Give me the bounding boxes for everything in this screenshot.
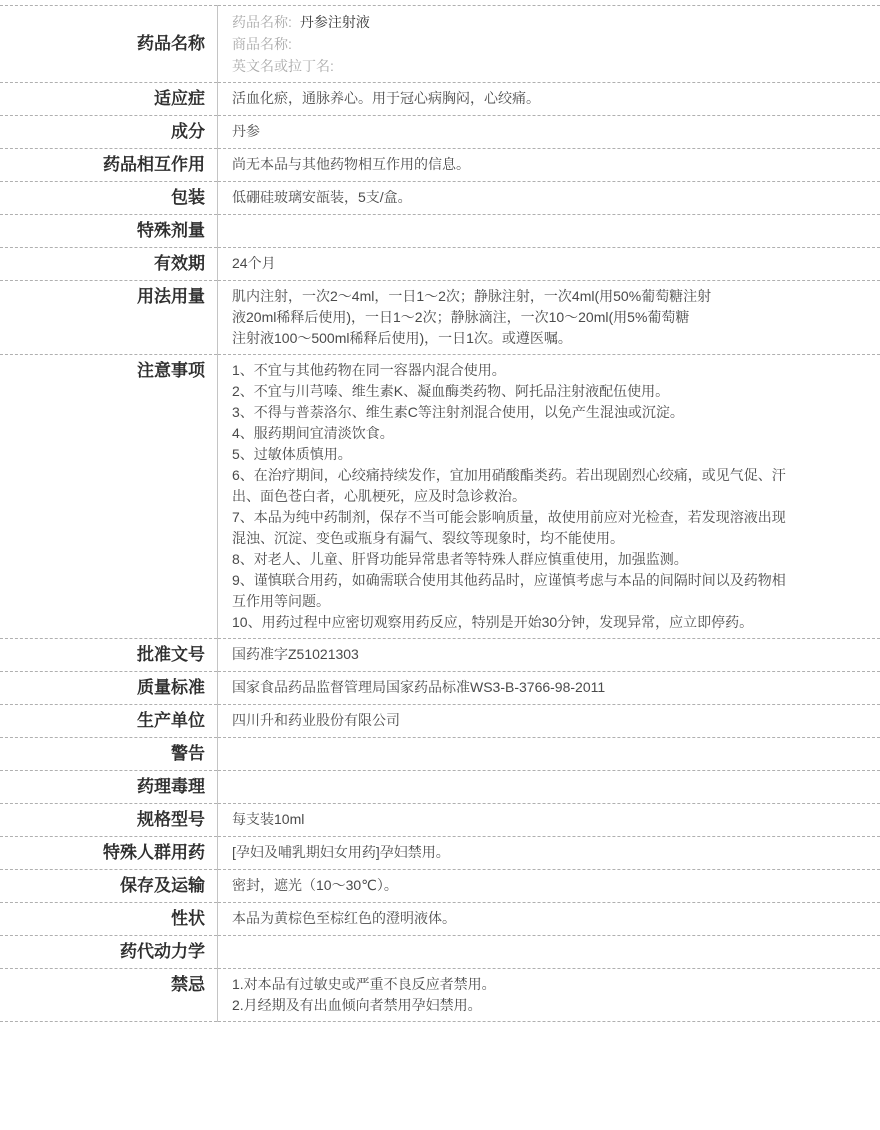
row-properties: 性状 本品为黄棕色至棕红色的澄明液体。 xyxy=(0,903,880,936)
row-storage-transport-value: 密封，遮光（10～30℃）。 xyxy=(218,870,880,903)
contraindication-line: 2.月经期及有出血倾向者禁用孕妇禁用。 xyxy=(232,995,860,1016)
row-drug-name: 药品名称 药品名称:丹参注射液 商品名称: 英文名或拉丁名: xyxy=(0,6,880,83)
row-precautions: 注意事项 1、不宜与其他药物在同一容器内混合使用。 2、不宜与川芎嗪、维生素K、… xyxy=(0,355,880,639)
drug-name-text: 丹参注射液 xyxy=(300,14,370,30)
precaution-line: 7、本品为纯中药制剂，保存不当可能会影响质量，故使用前应对光检查，若发现溶液出现 xyxy=(232,507,860,528)
trade-name-key: 商品名称: xyxy=(232,36,292,52)
precaution-line: 9、谨慎联合用药，如确需联合使用其他药品时，应谨慎考虑与本品的间隔时间以及药物相 xyxy=(232,570,860,591)
drug-info-table: 药品名称 药品名称:丹参注射液 商品名称: 英文名或拉丁名: 适应症 活血化瘀，… xyxy=(0,5,880,1022)
row-pharmacokinetics: 药代动力学 xyxy=(0,936,880,969)
row-ingredients: 成分 丹参 xyxy=(0,116,880,149)
row-dosage-usage-label: 用法用量 xyxy=(0,281,218,355)
drug-info-page: 药品名称 药品名称:丹参注射液 商品名称: 英文名或拉丁名: 适应症 活血化瘀，… xyxy=(0,0,880,1130)
row-drug-interactions-value: 尚无本品与其他药物相互作用的信息。 xyxy=(218,149,880,182)
row-indications-label: 适应症 xyxy=(0,83,218,116)
row-special-dosage-value xyxy=(218,215,880,248)
row-special-dosage-label: 特殊剂量 xyxy=(0,215,218,248)
row-drug-name-value: 药品名称:丹参注射液 商品名称: 英文名或拉丁名: xyxy=(218,6,880,83)
precaution-line: 3、不得与普萘洛尔、维生素C等注射剂混合使用，以免产生混浊或沉淀。 xyxy=(232,402,860,423)
precaution-line: 混浊、沉淀、变色或瓶身有漏气、裂纹等现象时，均不能使用。 xyxy=(232,528,860,549)
drug-name-field: 药品名称:丹参注射液 xyxy=(232,11,860,33)
row-pharmacokinetics-label: 药代动力学 xyxy=(0,936,218,969)
row-validity-period: 有效期 24个月 xyxy=(0,248,880,281)
dosage-line: 肌内注射，一次2～4ml，一日1～2次；静脉注射，一次4ml(用50%葡萄糖注射 xyxy=(232,286,860,307)
row-packaging: 包装 低硼硅玻璃安瓿装，5支/盒。 xyxy=(0,182,880,215)
row-packaging-value: 低硼硅玻璃安瓿装，5支/盒。 xyxy=(218,182,880,215)
precaution-line: 6、在治疗期间，心绞痛持续发作，宜加用硝酸酯类药。若出现剧烈心绞痛，或见气促、汗 xyxy=(232,465,860,486)
row-special-population-label: 特殊人群用药 xyxy=(0,837,218,870)
row-quality-standard-value: 国家食品药品监督管理局国家药品标准WS3-B-3766-98-2011 xyxy=(218,672,880,705)
row-pharmacology-toxicology-value xyxy=(218,771,880,804)
row-specification-value: 每支装10ml xyxy=(218,804,880,837)
row-special-dosage: 特殊剂量 xyxy=(0,215,880,248)
row-drug-interactions: 药品相互作用 尚无本品与其他药物相互作用的信息。 xyxy=(0,149,880,182)
row-properties-label: 性状 xyxy=(0,903,218,936)
row-pharmacology-toxicology: 药理毒理 xyxy=(0,771,880,804)
row-dosage-usage: 用法用量 肌内注射，一次2～4ml，一日1～2次；静脉注射，一次4ml(用50%… xyxy=(0,281,880,355)
row-storage-transport-label: 保存及运输 xyxy=(0,870,218,903)
row-contraindications-label: 禁忌 xyxy=(0,969,218,1022)
precaution-line: 8、对老人、儿童、肝肾功能异常患者等特殊人群应慎重使用，加强监测。 xyxy=(232,549,860,570)
row-approval-number-value: 国药准字Z51021303 xyxy=(218,639,880,672)
dosage-line: 液20ml稀释后使用)，一日1～2次；静脉滴注，一次10～20ml(用5%葡萄糖 xyxy=(232,307,860,328)
row-pharmacokinetics-value xyxy=(218,936,880,969)
row-quality-standard-label: 质量标准 xyxy=(0,672,218,705)
row-quality-standard: 质量标准 国家食品药品监督管理局国家药品标准WS3-B-3766-98-2011 xyxy=(0,672,880,705)
row-precautions-value: 1、不宜与其他药物在同一容器内混合使用。 2、不宜与川芎嗪、维生素K、凝血酶类药… xyxy=(218,355,880,639)
drug-name-key: 药品名称: xyxy=(232,14,292,30)
contraindication-line: 1.对本品有过敏史或严重不良反应者禁用。 xyxy=(232,974,860,995)
row-manufacturer-label: 生产单位 xyxy=(0,705,218,738)
dosage-line: 注射液100～500ml稀释后使用)，一日1次。或遵医嘱。 xyxy=(232,328,860,349)
row-approval-number-label: 批准文号 xyxy=(0,639,218,672)
row-approval-number: 批准文号 国药准字Z51021303 xyxy=(0,639,880,672)
precaution-line: 10、用药过程中应密切观察用药反应，特别是开始30分钟，发现异常，应立即停药。 xyxy=(232,612,860,633)
row-contraindications-value: 1.对本品有过敏史或严重不良反应者禁用。 2.月经期及有出血倾向者禁用孕妇禁用。 xyxy=(218,969,880,1022)
row-indications-value: 活血化瘀，通脉养心。用于冠心病胸闷，心绞痛。 xyxy=(218,83,880,116)
row-specification-label: 规格型号 xyxy=(0,804,218,837)
precaution-line: 1、不宜与其他药物在同一容器内混合使用。 xyxy=(232,360,860,381)
row-warning: 警告 xyxy=(0,738,880,771)
precaution-line: 2、不宜与川芎嗪、维生素K、凝血酶类药物、阿托品注射液配伍使用。 xyxy=(232,381,860,402)
row-drug-name-label: 药品名称 xyxy=(0,6,218,83)
row-contraindications: 禁忌 1.对本品有过敏史或严重不良反应者禁用。 2.月经期及有出血倾向者禁用孕妇… xyxy=(0,969,880,1022)
row-warning-value xyxy=(218,738,880,771)
row-ingredients-label: 成分 xyxy=(0,116,218,149)
row-special-population: 特殊人群用药 [孕妇及哺乳期妇女用药]孕妇禁用。 xyxy=(0,837,880,870)
precaution-line: 5、过敏体质慎用。 xyxy=(232,444,860,465)
row-drug-interactions-label: 药品相互作用 xyxy=(0,149,218,182)
row-special-population-value: [孕妇及哺乳期妇女用药]孕妇禁用。 xyxy=(218,837,880,870)
precaution-line: 出、面色苍白者，心肌梗死，应及时急诊救治。 xyxy=(232,486,860,507)
row-precautions-label: 注意事项 xyxy=(0,355,218,639)
row-properties-value: 本品为黄棕色至棕红色的澄明液体。 xyxy=(218,903,880,936)
row-manufacturer: 生产单位 四川升和药业股份有限公司 xyxy=(0,705,880,738)
row-pharmacology-toxicology-label: 药理毒理 xyxy=(0,771,218,804)
row-indications: 适应症 活血化瘀，通脉养心。用于冠心病胸闷，心绞痛。 xyxy=(0,83,880,116)
trade-name-field: 商品名称: xyxy=(232,33,860,55)
precaution-line: 互作用等问题。 xyxy=(232,591,860,612)
latin-name-field: 英文名或拉丁名: xyxy=(232,55,860,77)
row-validity-period-label: 有效期 xyxy=(0,248,218,281)
row-ingredients-value: 丹参 xyxy=(218,116,880,149)
row-storage-transport: 保存及运输 密封，遮光（10～30℃）。 xyxy=(0,870,880,903)
precaution-line: 4、服药期间宜清淡饮食。 xyxy=(232,423,860,444)
row-specification: 规格型号 每支装10ml xyxy=(0,804,880,837)
row-manufacturer-value: 四川升和药业股份有限公司 xyxy=(218,705,880,738)
row-packaging-label: 包装 xyxy=(0,182,218,215)
row-validity-period-value: 24个月 xyxy=(218,248,880,281)
row-dosage-usage-value: 肌内注射，一次2～4ml，一日1～2次；静脉注射，一次4ml(用50%葡萄糖注射… xyxy=(218,281,880,355)
latin-name-key: 英文名或拉丁名: xyxy=(232,58,334,74)
row-warning-label: 警告 xyxy=(0,738,218,771)
